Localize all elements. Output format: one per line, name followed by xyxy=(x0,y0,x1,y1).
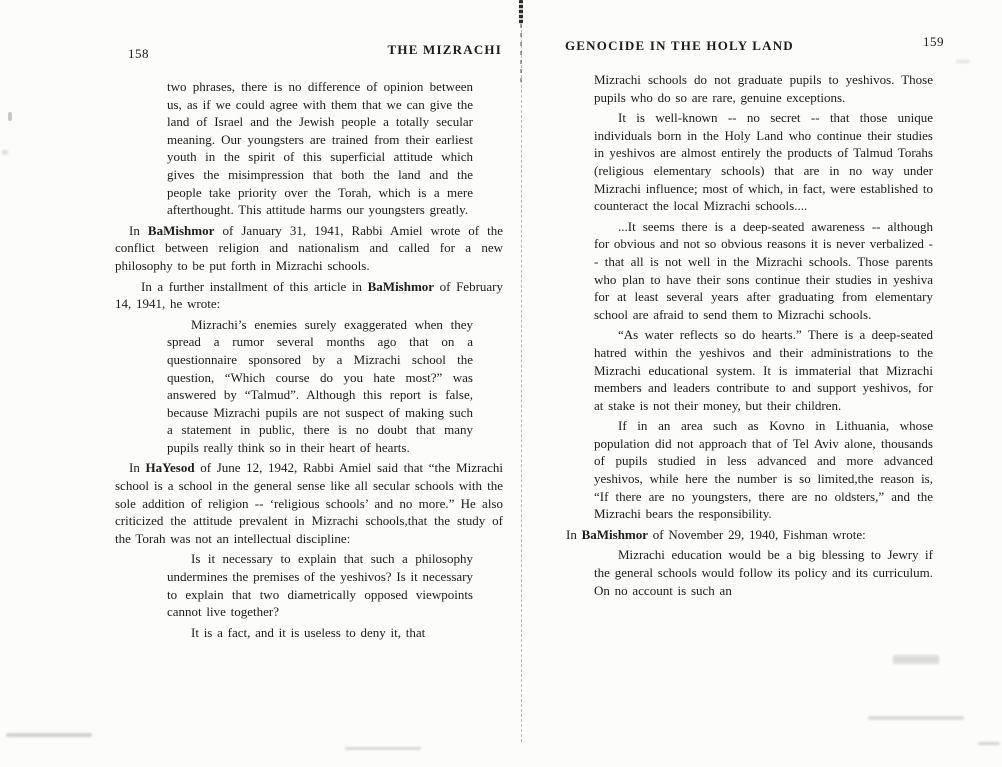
body-paragraph: In a further installment of this article… xyxy=(115,278,503,313)
book-scan-spread: 158 THE MIZRACHI two phrases, there is n… xyxy=(0,0,1002,767)
page-number-left: 158 xyxy=(128,46,149,62)
scan-smudge xyxy=(6,733,92,737)
quote-paragraph: It is a fact, and it is useless to deny … xyxy=(167,624,473,642)
page-159: GENOCIDE IN THE HOLY LAND 159 Mizrachi s… xyxy=(522,0,1002,767)
text-column-left: two phrases, there is no difference of o… xyxy=(115,78,503,644)
body-paragraph: In BaMishmor of November 29, 1940, Fishm… xyxy=(552,526,937,544)
scan-speck xyxy=(956,60,970,63)
quote-paragraph: ...It seems there is a deep-seated aware… xyxy=(594,218,933,324)
quote-paragraph: Mizrachi education would be a big blessi… xyxy=(594,546,933,599)
quote-paragraph: Mizrachi schools do not graduate pupils … xyxy=(594,71,933,106)
quote-paragraph: two phrases, there is no difference of o… xyxy=(167,78,473,219)
scan-speck xyxy=(2,150,8,155)
quote-paragraph: Is it necessary to explain that such a p… xyxy=(167,550,473,620)
page-number-right: 159 xyxy=(923,34,944,50)
scan-smudge xyxy=(345,747,421,750)
text-column-right: Mizrachi schools do not graduate pupils … xyxy=(552,71,937,602)
page-158: 158 THE MIZRACHI two phrases, there is n… xyxy=(0,0,522,767)
scan-smudge xyxy=(893,655,939,664)
scan-speck xyxy=(8,112,12,121)
page-gutter-line xyxy=(521,0,522,742)
quote-paragraph: “As water reflects so do hearts.” There … xyxy=(594,326,933,414)
running-title-right: GENOCIDE IN THE HOLY LAND xyxy=(565,38,794,54)
quote-paragraph: It is well-known -- no secret -- that th… xyxy=(594,109,933,215)
body-paragraph: In BaMishmor of January 31, 1941, Rabbi … xyxy=(115,222,503,275)
page-gutter-dashes xyxy=(520,24,522,84)
quote-paragraph: Mizrachi’s enemies surely exaggerated wh… xyxy=(167,316,473,457)
scan-smudge xyxy=(978,742,1000,745)
scan-smudge xyxy=(868,716,964,720)
quote-paragraph: If in an area such as Kovno in Lithuania… xyxy=(594,417,933,523)
running-title-left: THE MIZRACHI xyxy=(388,42,502,58)
page-gutter-dark-mark xyxy=(519,0,523,24)
body-paragraph: In HaYesod of June 12, 1942, Rabbi Amiel… xyxy=(115,459,503,547)
